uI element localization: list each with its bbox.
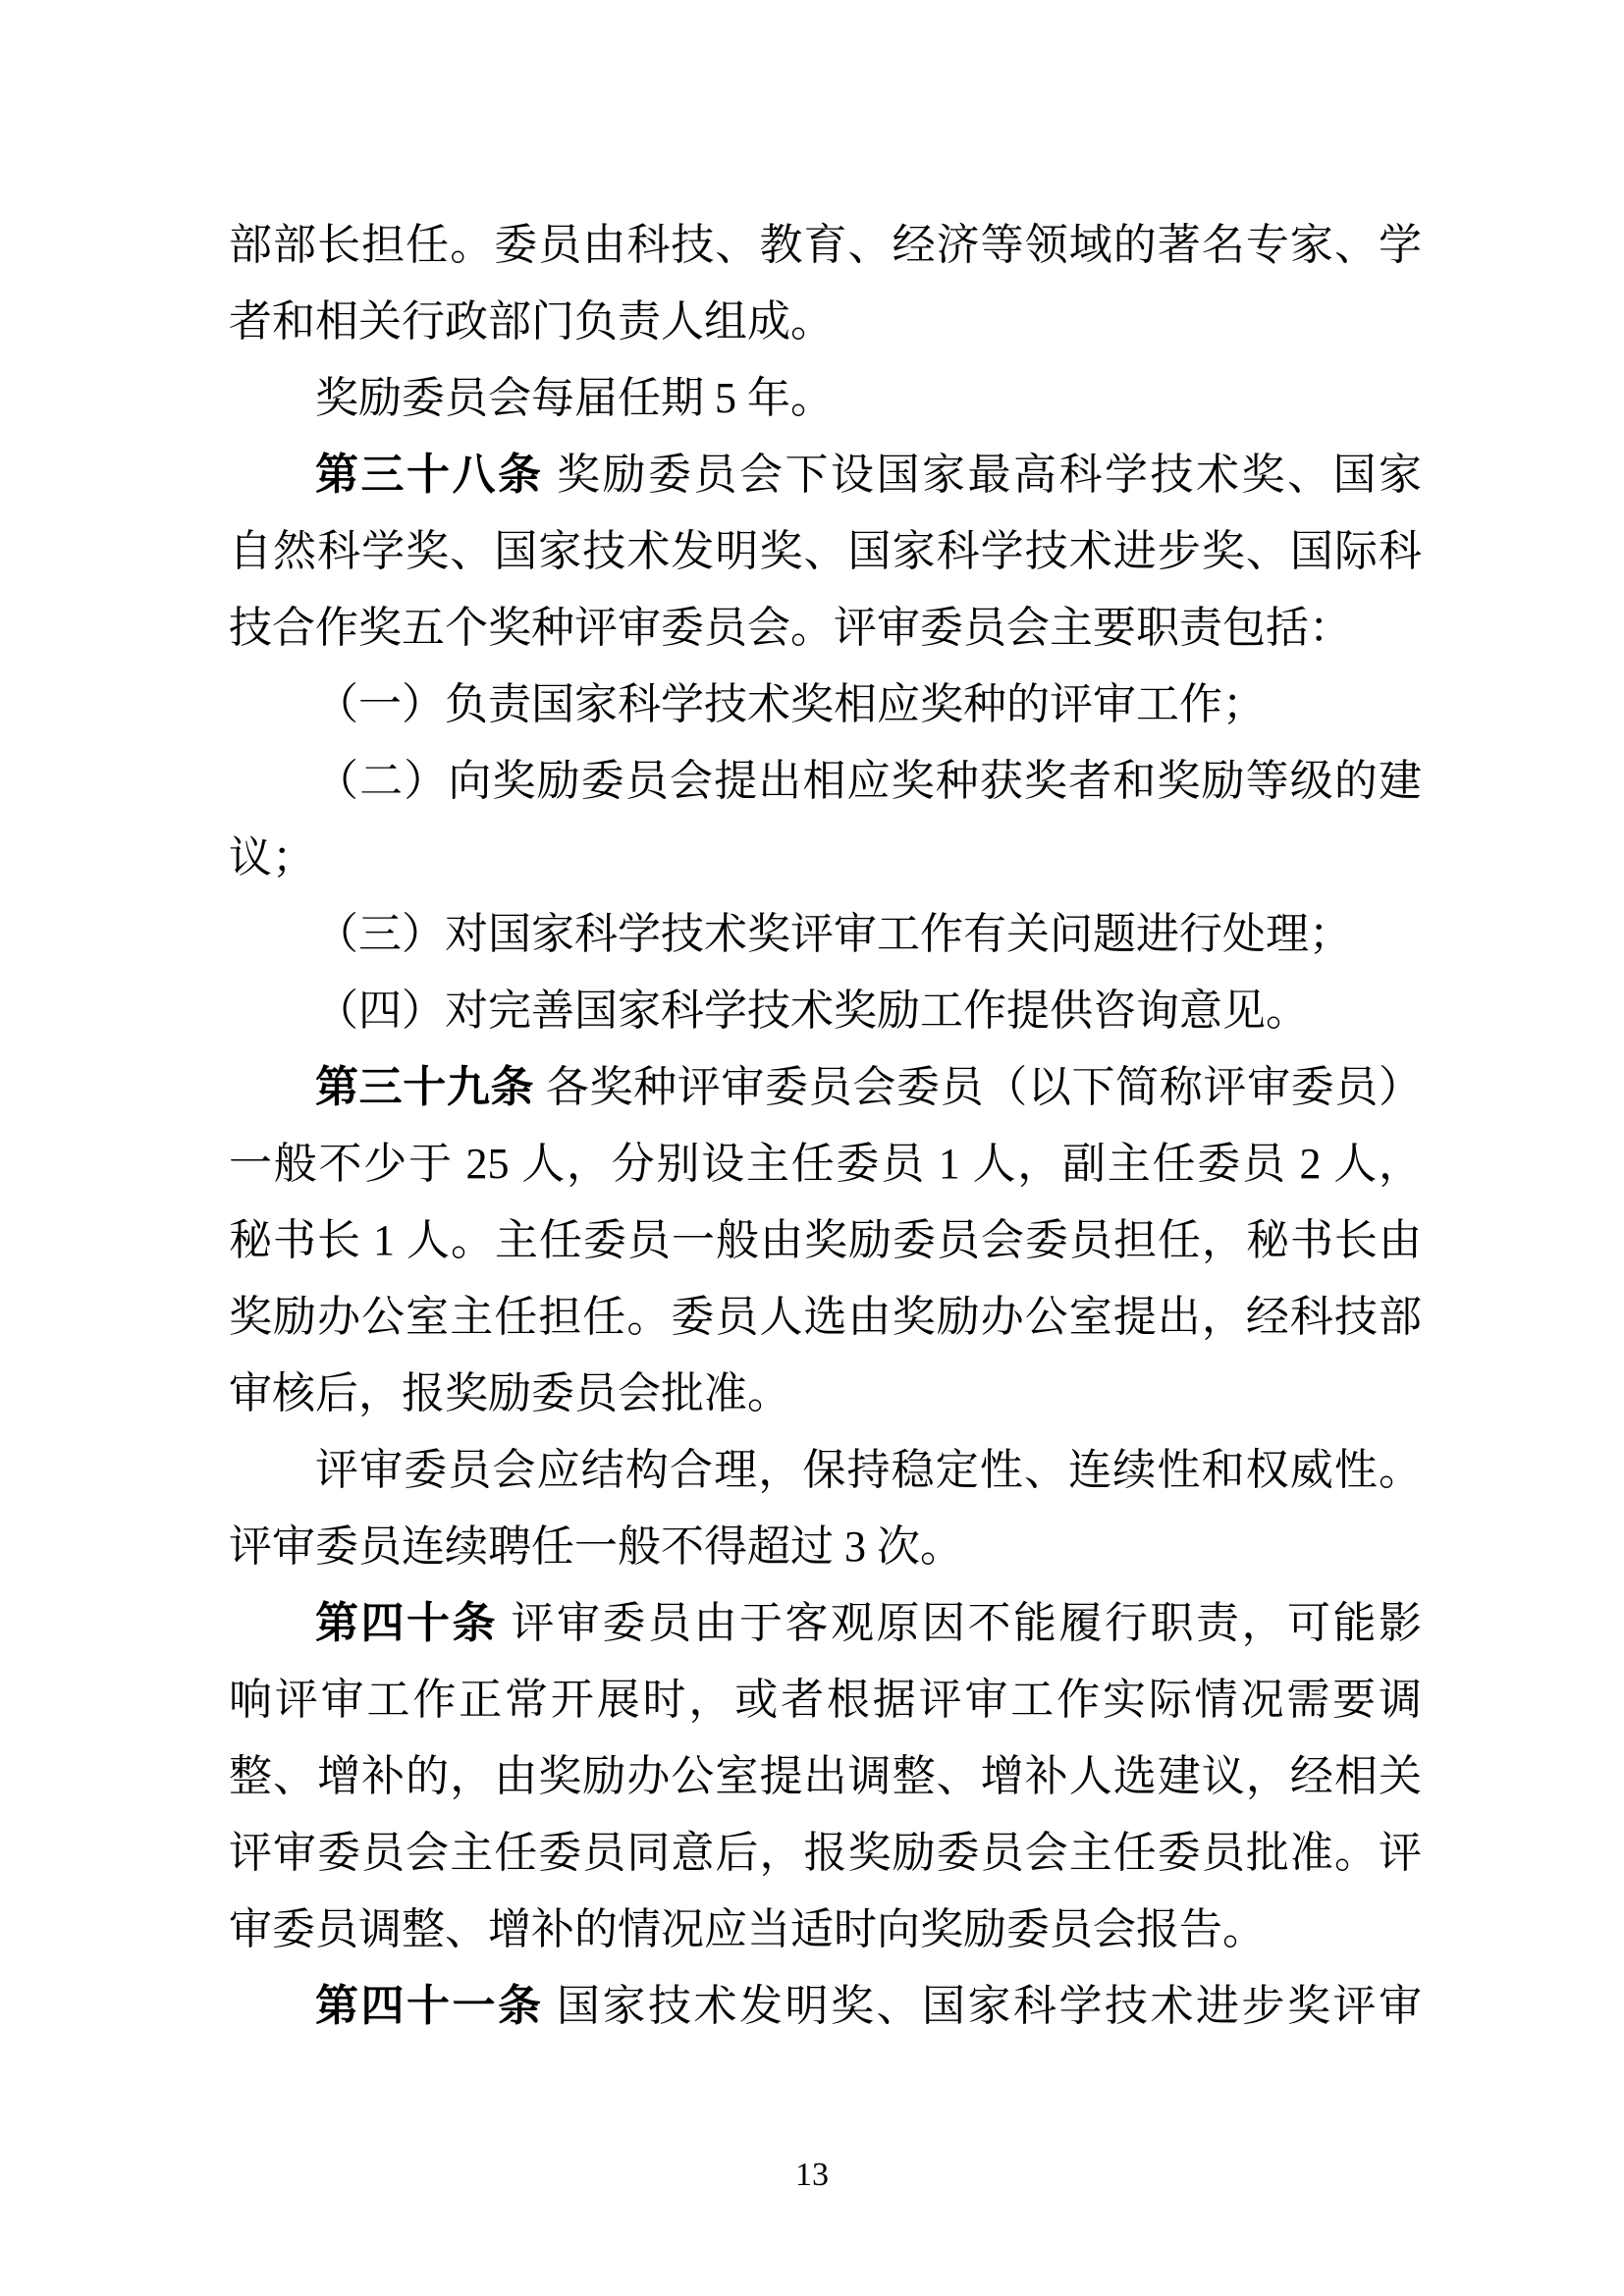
text-line: 议； [229,820,1422,896]
text-segment: 评审委员会应结构合理，保持稳定性、连续性和权威性。 [315,1446,1422,1494]
text-segment: 秘书长 1 人。主任委员一般由奖励委员会委员担任，秘书长由 [229,1216,1422,1264]
text-segment: 国家技术发明奖、国家科学技术进步奖评审 [544,1982,1423,2030]
article-number-heading: 第三十九条 [315,1063,534,1111]
text-line: 审委员调整、增补的情况应当适时向奖励委员会报告。 [229,1892,1422,1968]
text-line: 第三十八条 奖励委员会下设国家最高科学技术奖、国家 [229,437,1422,513]
text-line: 第三十九条 各奖种评审委员会委员（以下简称评审委员） [229,1049,1422,1126]
text-segment: 奖励委员会每届任期 5 年。 [315,374,834,422]
document-page: 部部长担任。委员由科技、教育、经济等领域的著名专家、学者和相关行政部门负责人组成… [0,0,1624,2296]
text-segment: 评审委员连续聘任一般不得超过 3 次。 [229,1522,963,1571]
page-footer: 13 [0,2156,1624,2195]
text-segment: 评审委员由于客观原因不能履行职责，可能影 [498,1599,1422,1647]
document-body: 部部长担任。委员由科技、教育、经济等领域的著名专家、学者和相关行政部门负责人组成… [229,207,1422,2045]
text-line: （一）负责国家科学技术奖相应奖种的评审工作； [229,667,1422,743]
text-line: 第四十条 评审委员由于客观原因不能履行职责，可能影 [229,1585,1422,1662]
text-segment: 评审委员会主任委员同意后，报奖励委员会主任委员批准。评 [229,1829,1422,1877]
text-line: 者和相关行政部门负责人组成。 [229,284,1422,360]
text-segment: （二）向奖励委员会提出相应奖种获奖者和奖励等级的建 [315,757,1422,805]
text-segment: 自然科学奖、国家技术发明奖、国家科学技术进步奖、国际科 [229,527,1422,575]
text-segment: 技合作奖五个奖种评审委员会。评审委员会主要职责包括： [229,604,1352,652]
text-segment: 议； [229,833,315,881]
text-line: 审核后，报奖励委员会批准。 [229,1356,1422,1432]
text-line: 一般不少于 25 人，分别设主任委员 1 人，副主任委员 2 人， [229,1126,1422,1202]
text-line: 第四十一条 国家技术发明奖、国家科学技术进步奖评审 [229,1968,1422,2045]
text-segment: 奖励委员会下设国家最高科学技术奖、国家 [544,451,1423,499]
article-number-heading: 第四十条 [315,1599,498,1647]
article-number-heading: 第四十一条 [315,1982,544,2030]
text-line: 秘书长 1 人。主任委员一般由奖励委员会委员担任，秘书长由 [229,1202,1422,1279]
text-segment: 审核后，报奖励委员会批准。 [229,1369,790,1417]
text-segment: （三）对国家科学技术奖评审工作有关问题进行处理； [315,910,1352,958]
text-line: 评审委员会应结构合理，保持稳定性、连续性和权威性。 [229,1432,1422,1509]
text-segment: 审委员调整、增补的情况应当适时向奖励委员会报告。 [229,1905,1266,1953]
text-segment: 者和相关行政部门负责人组成。 [229,297,834,346]
text-segment: 奖励办公室主任担任。委员人选由奖励办公室提出，经科技部 [229,1293,1422,1341]
text-line: 技合作奖五个奖种评审委员会。评审委员会主要职责包括： [229,590,1422,667]
text-segment: 整、增补的，由奖励办公室提出调整、增补人选建议，经相关 [229,1752,1422,1800]
page-number: 13 [795,2157,829,2193]
text-segment: 各奖种评审委员会委员（以下简称评审委员） [534,1063,1422,1111]
text-line: 整、增补的，由奖励办公室提出调整、增补人选建议，经相关 [229,1738,1422,1815]
text-line: 部部长担任。委员由科技、教育、经济等领域的著名专家、学 [229,207,1422,284]
text-segment: 一般不少于 25 人，分别设主任委员 1 人，副主任委员 2 人， [229,1140,1422,1188]
text-line: 评审委员连续聘任一般不得超过 3 次。 [229,1509,1422,1585]
text-line: （二）向奖励委员会提出相应奖种获奖者和奖励等级的建 [229,743,1422,820]
text-line: （三）对国家科学技术奖评审工作有关问题进行处理； [229,896,1422,973]
text-segment: （一）负责国家科学技术奖相应奖种的评审工作； [315,680,1266,728]
text-segment: 响评审工作正常开展时，或者根据评审工作实际情况需要调 [229,1676,1422,1724]
article-number-heading: 第三十八条 [315,451,544,499]
text-line: 评审委员会主任委员同意后，报奖励委员会主任委员批准。评 [229,1815,1422,1892]
text-line: 自然科学奖、国家技术发明奖、国家科学技术进步奖、国际科 [229,513,1422,590]
text-line: （四）对完善国家科学技术奖励工作提供咨询意见。 [229,973,1422,1049]
text-segment: （四）对完善国家科学技术奖励工作提供咨询意见。 [315,987,1309,1035]
text-segment: 部部长担任。委员由科技、教育、经济等领域的著名专家、学 [229,221,1422,269]
text-line: 奖励委员会每届任期 5 年。 [229,360,1422,437]
text-line: 奖励办公室主任担任。委员人选由奖励办公室提出，经科技部 [229,1279,1422,1356]
text-line: 响评审工作正常开展时，或者根据评审工作实际情况需要调 [229,1662,1422,1738]
